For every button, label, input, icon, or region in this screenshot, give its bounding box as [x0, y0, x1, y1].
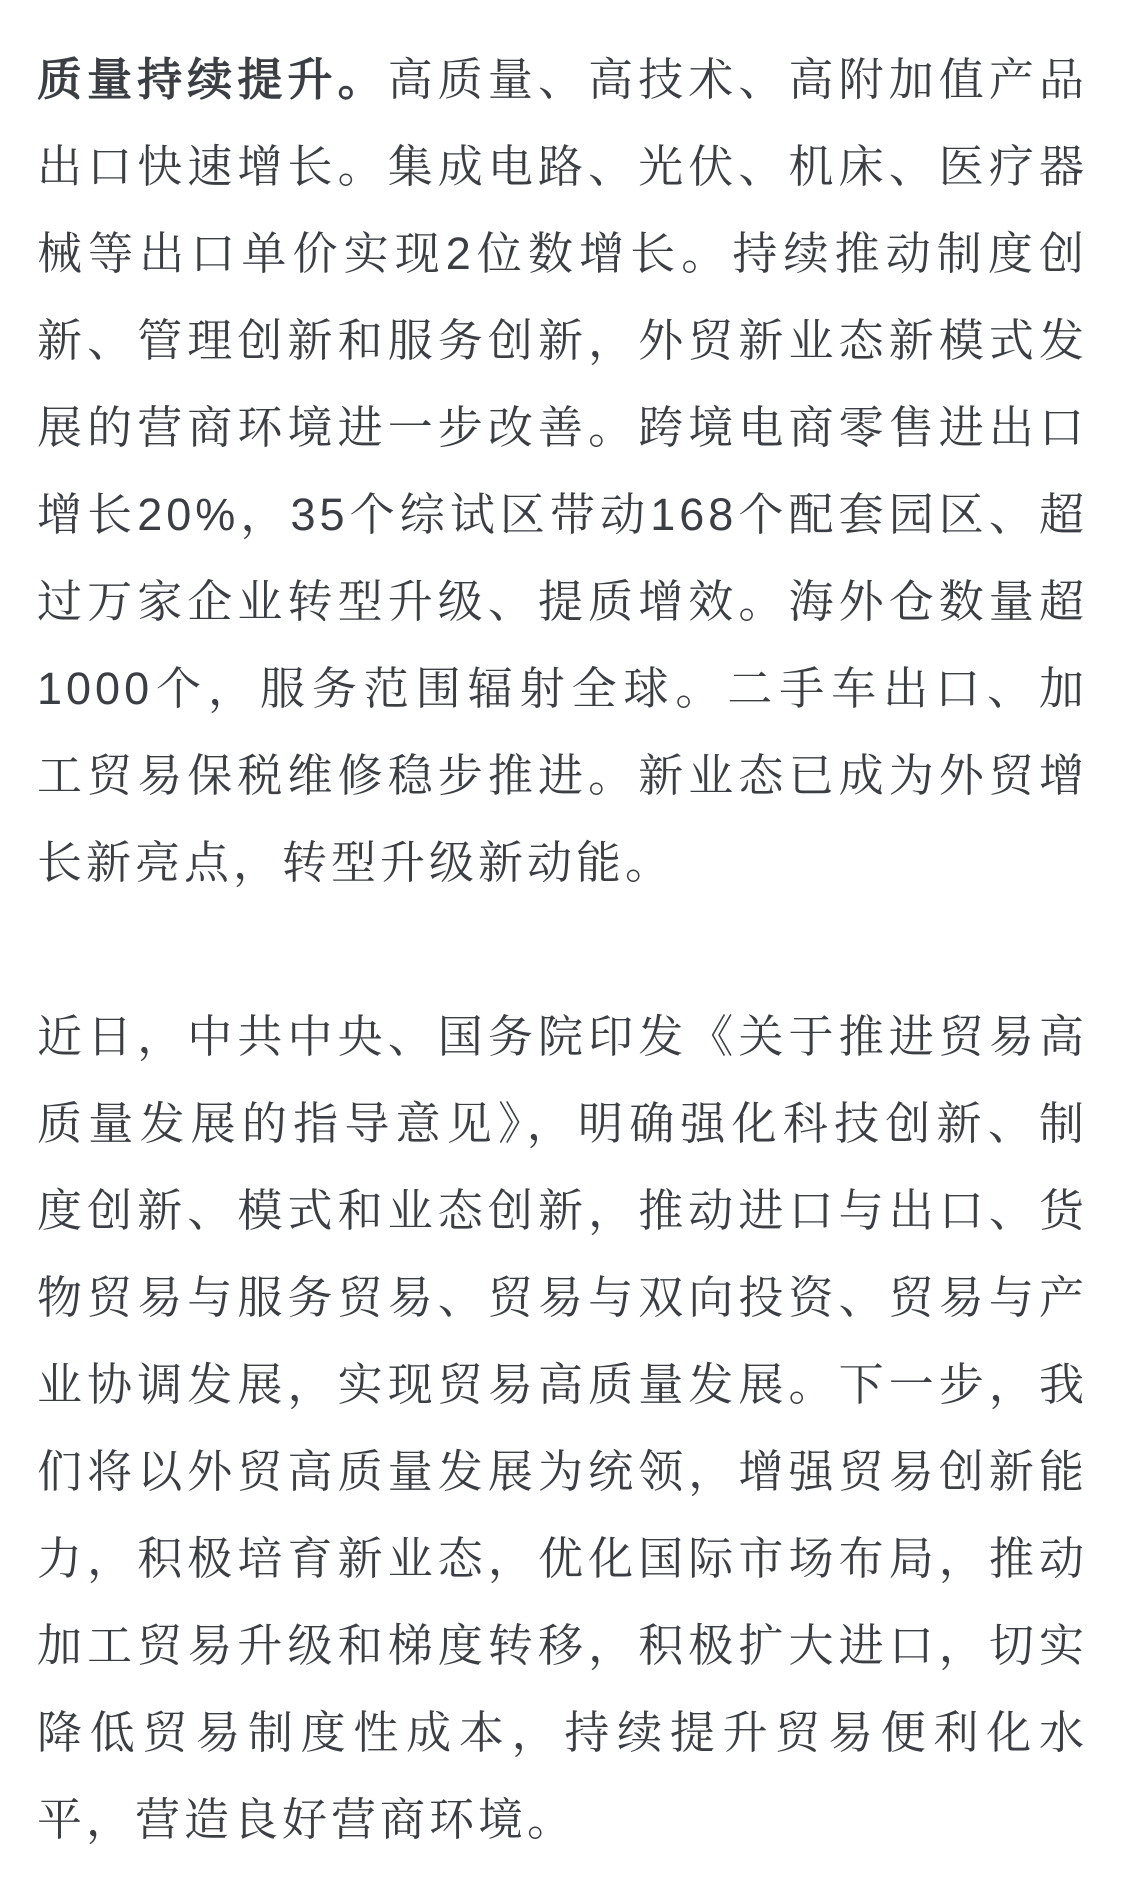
text-line: 增长20%，35个综试区带动168个配套园区、超 [37, 471, 1088, 558]
text-line: 械等出口单价实现2位数增长。持续推动制度创 [37, 210, 1088, 297]
text-line: 新、管理创新和服务创新，外贸新业态新模式发 [37, 297, 1088, 384]
text-line: 出口快速增长。集成电路、光伏、机床、医疗器 [37, 123, 1088, 210]
text-line: 度创新、模式和业态创新，推动进口与出口、货 [37, 1167, 1088, 1254]
text-line: 1000个，服务范围辐射全球。二手车出口、加 [37, 645, 1088, 732]
paragraph: 近日，中共中央、国务院印发《关于推进贸易高质量发展的指导意见》，明确强化科技创新… [37, 993, 1088, 1863]
text-line: 物贸易与服务贸易、贸易与双向投资、贸易与产 [37, 1254, 1088, 1341]
article-body: 质量持续提升。高质量、高技术、高附加值产品出口快速增长。集成电路、光伏、机床、医… [0, 0, 1125, 1895]
text-line: 长新亮点，转型升级新动能。 [37, 819, 1088, 906]
paragraph: 质量持续提升。高质量、高技术、高附加值产品出口快速增长。集成电路、光伏、机床、医… [37, 36, 1088, 906]
text-line: 质量持续提升。高质量、高技术、高附加值产品 [37, 36, 1088, 123]
text-line: 过万家企业转型升级、提质增效。海外仓数量超 [37, 558, 1088, 645]
text-line: 力，积极培育新业态，优化国际市场布局，推动 [37, 1515, 1088, 1602]
text-line: 近日，中共中央、国务院印发《关于推进贸易高 [37, 993, 1088, 1080]
text-line: 工贸易保税维修稳步推进。新业态已成为外贸增 [37, 732, 1088, 819]
text-line: 平，营造良好营商环境。 [37, 1776, 1088, 1863]
text-line: 降低贸易制度性成本，持续提升贸易便利化水 [37, 1689, 1088, 1776]
text-line: 加工贸易升级和梯度转移，积极扩大进口，切实 [37, 1602, 1088, 1689]
text-line: 展的营商环境进一步改善。跨境电商零售进出口 [37, 384, 1088, 471]
text-line: 们将以外贸高质量发展为统领，增强贸易创新能 [37, 1428, 1088, 1515]
text-line: 质量发展的指导意见》，明确强化科技创新、制 [37, 1080, 1088, 1167]
text-line: 业协调发展，实现贸易高质量发展。下一步，我 [37, 1341, 1088, 1428]
bold-lead-text: 质量持续提升。 [37, 54, 388, 105]
